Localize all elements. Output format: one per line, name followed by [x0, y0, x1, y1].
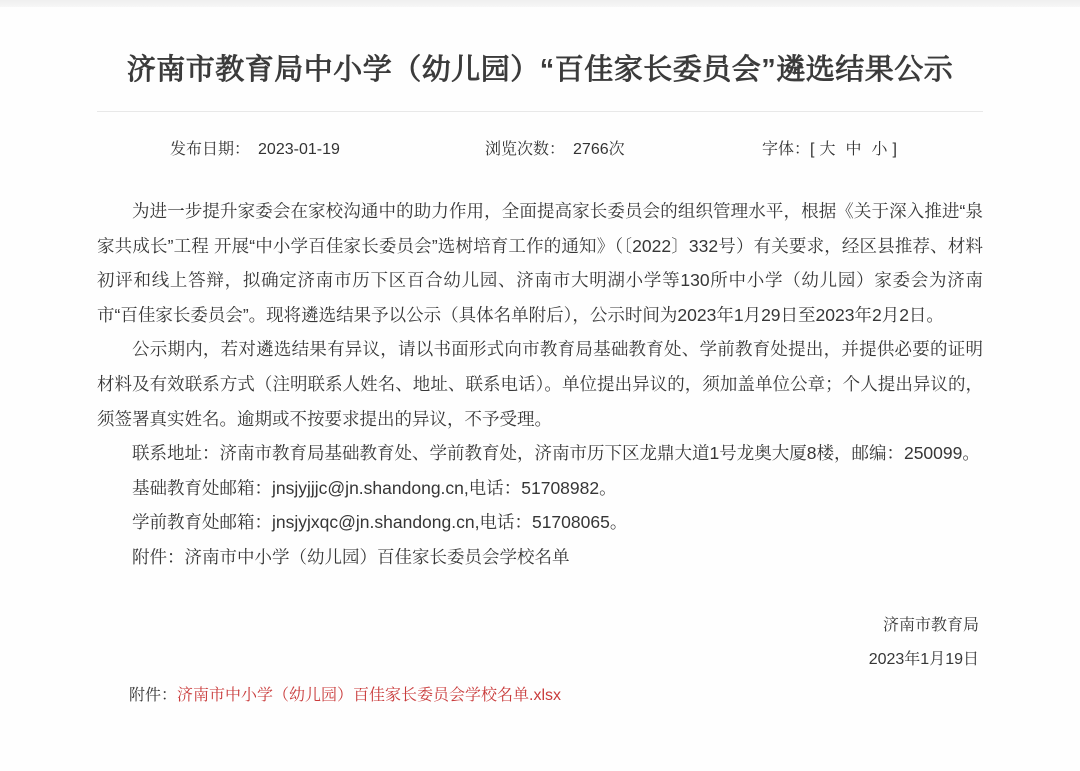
- publish-date-label: 发布日期：: [170, 136, 250, 159]
- title-divider: [97, 111, 983, 112]
- font-size-medium-button[interactable]: 中: [845, 136, 861, 159]
- attachment-file-link[interactable]: 济南市中小学（幼儿园）百佳家长委员会学校名单.xlsx: [177, 687, 561, 704]
- font-size-label: 字体：[: [762, 136, 814, 159]
- attachment-note-line: 附件：济南市中小学（幼儿园）百佳家长委员会学校名单: [97, 540, 983, 575]
- contact-address-line: 联系地址：济南市教育局基础教育处、学前教育处，济南市历下区龙鼎大道1号龙奥大厦8…: [97, 436, 983, 471]
- signature-block: 济南市教育局 2023年1月19日: [97, 609, 983, 678]
- signature-date: 2023年1月19日: [97, 643, 983, 678]
- paragraph-intro: 为进一步提升家委会在家校沟通中的助力作用，全面提高家长委员会的组织管理水平，根据…: [97, 194, 983, 332]
- view-count: 浏览次数：2766次: [485, 136, 625, 159]
- font-size-bracket-close: ]: [893, 141, 897, 159]
- publish-date: 发布日期：2023-01-19: [170, 136, 340, 159]
- view-count-value: 2766次: [573, 136, 625, 159]
- publish-date-value: 2023-01-19: [258, 141, 340, 159]
- basic-education-email-line: 基础教育处邮箱：jnsjyjjjc@jn.shandong.cn,电话：5170…: [97, 471, 983, 506]
- attachment-label: 附件：: [129, 687, 177, 704]
- font-size-large-button[interactable]: 大: [819, 136, 835, 159]
- meta-row: 发布日期：2023-01-19 浏览次数：2766次 字体：[大中小]: [97, 136, 983, 160]
- font-size-small-button[interactable]: 小: [871, 136, 887, 159]
- announcement-content: 为进一步提升家委会在家校沟通中的助力作用，全面提高家长委员会的组织管理水平，根据…: [97, 194, 983, 575]
- page-title: 济南市教育局中小学（幼儿园）“百佳家长委员会”遴选结果公示: [97, 47, 983, 88]
- signature-org: 济南市教育局: [97, 609, 983, 644]
- view-count-label: 浏览次数：: [485, 136, 565, 159]
- font-size-controls: 字体：[大中小]: [762, 136, 897, 159]
- announcement-page: 济南市教育局中小学（幼儿园）“百佳家长委员会”遴选结果公示 发布日期：2023-…: [0, 0, 1080, 771]
- preschool-education-email-line: 学前教育处邮箱：jnsjyjxqc@jn.shandong.cn,电话：5170…: [97, 505, 983, 540]
- document-body: 济南市教育局中小学（幼儿园）“百佳家长委员会”遴选结果公示 发布日期：2023-…: [0, 47, 1080, 713]
- attachment-row: 附件：济南市中小学（幼儿园）百佳家长委员会学校名单.xlsx: [97, 679, 983, 714]
- paragraph-objection: 公示期内，若对遴选结果有异议，请以书面形式向市教育局基础教育处、学前教育处提出，…: [97, 332, 983, 436]
- top-strip: [0, 0, 1080, 7]
